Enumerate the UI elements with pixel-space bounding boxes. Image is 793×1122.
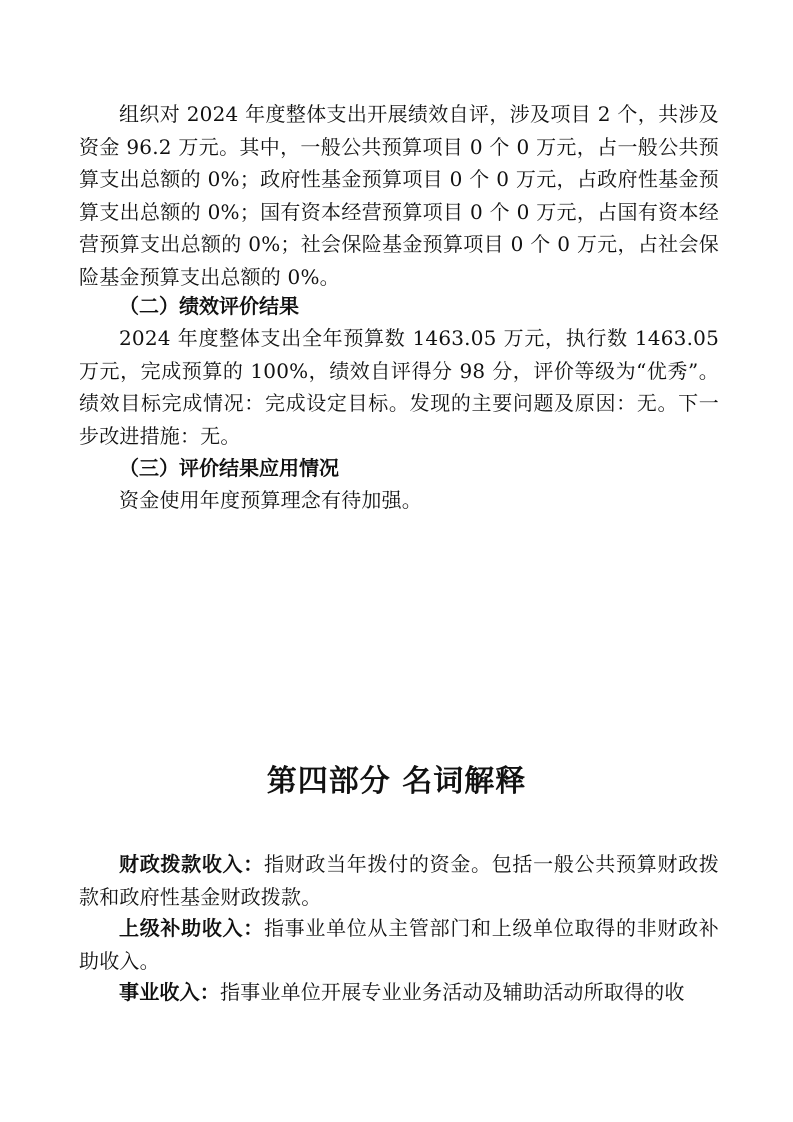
term-label: 事业收入： — [119, 980, 220, 1004]
term-label: 财政拨款收入： — [119, 852, 264, 876]
heading-evaluation-results: （二）绩效评价结果 — [79, 290, 719, 322]
term-label: 上级补助收入： — [119, 916, 264, 940]
evaluation-results-paragraph: 2024 年度整体支出全年预算数 1463.05 万元，执行数 1463.05 … — [79, 322, 719, 452]
heading-results-application: （三）评价结果应用情况 — [79, 452, 719, 484]
part-four-title: 第四部分 名词解释 — [0, 756, 793, 800]
evaluation-scope-paragraph: 组织对 2024 年度整体支出开展绩效自评，涉及项目 2 个，共涉及资金 96.… — [79, 98, 719, 293]
term-definition-fiscal-appropriation: 财政拨款收入：指财政当年拨付的资金。包括一般公共预算财政拨款和政府性基金财政拨款… — [79, 848, 719, 913]
document-page: 组织对 2024 年度整体支出开展绩效自评，涉及项目 2 个，共涉及资金 96.… — [0, 0, 793, 1122]
results-application-paragraph: 资金使用年度预算理念有待加强。 — [79, 484, 719, 517]
term-definition-superior-subsidy: 上级补助收入：指事业单位从主管部门和上级单位取得的非财政补助收入。 — [79, 912, 719, 977]
term-definition: 指事业单位开展专业业务活动及辅助活动所取得的收 — [220, 980, 685, 1004]
term-definition-business-income: 事业收入：指事业单位开展专业业务活动及辅助活动所取得的收 — [79, 976, 719, 1009]
